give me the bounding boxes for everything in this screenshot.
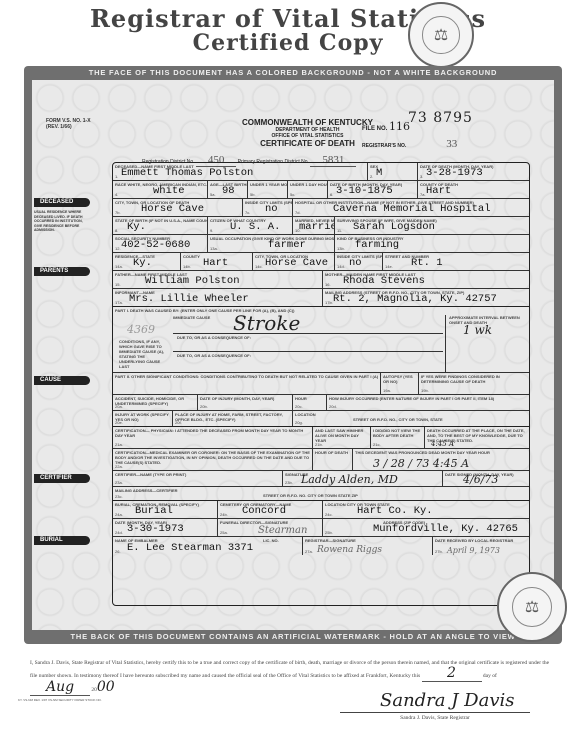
state-registrar-signature: Sandra J Davis (380, 690, 515, 711)
marital-status-value: married (299, 221, 335, 233)
cause-c-label: DUE TO, OR AS A CONSEQUENCE OF: (177, 353, 251, 358)
residence-city-field: CITY, TOWN, OR LOCATION 14c. Horse Cave (253, 253, 335, 270)
year-value: 00 (97, 679, 115, 695)
row-informant: INFORMANT—NAME 17a. Mrs. Lillie Wheeler … (113, 289, 529, 307)
funeral-address-field: ADDRESS (ZIP CODE) 25b. Munfordville, Ky… (323, 519, 531, 536)
residence-county-field: COUNTY 14b. Hart (181, 253, 253, 270)
file-no-field: FILE NO. 116 (362, 120, 410, 133)
item-number: 1. (115, 174, 118, 179)
label: CERTIFICATION—MEDICAL EXAMINER OR CORONE… (115, 450, 311, 465)
citizen-of-field: CITIZEN OF WHAT COUNTRY 9. U. S. A. (208, 217, 293, 234)
label: COUNTY (183, 254, 200, 259)
date-signed-field: DATE SIGNED (MONTH, DAY, YEAR) 4/6/73 (443, 471, 531, 486)
embalmer-field: NAME OF EMBALMER LIC. NO. 26. E. Lee Ste… (113, 537, 303, 555)
date-of-birth-field: DATE OF BIRTH (MONTH, DAY, YEAR) 6. 3-10… (328, 181, 418, 198)
item-number: 12. (115, 246, 121, 251)
label: HOUR OF DEATH (315, 450, 348, 455)
interval-column (445, 315, 446, 373)
label: PLACE OF INJURY AT HOME, FARM, STREET, F… (175, 412, 291, 422)
item-number: 3. (420, 174, 423, 179)
label: I DID/DID NOT VIEW THE BODY AFTER DEATH (373, 428, 423, 438)
day-field: 2 (422, 668, 482, 682)
registrar-no-label: REGISTRAR'S NO. (362, 143, 406, 149)
residence-street-value: Rt. 1 (411, 257, 443, 269)
item-number: 14b. (183, 264, 191, 269)
decedent-name-field: DECEASED—NAME FIRST MIDDLE LAST 1. Emmet… (113, 163, 368, 180)
registrar-title: Registrar of Vital Statistics (0, 4, 576, 33)
ssn-value: 402-52-0680 (121, 239, 190, 251)
lic-no-label: LIC. NO. (263, 538, 279, 543)
residence-state-field: RESIDENCE—STATE 14a. Ky. (113, 253, 181, 270)
row-disposition: BURIAL, CREMATION, REMOVAL (SPECIFY) 24a… (113, 501, 529, 519)
autopsy-field: AUTOPSY (YES OR NO) 19a. (381, 373, 419, 394)
state-registrar-title: Sandra J. Davis, State Registrar (340, 712, 530, 721)
mother-field: MOTHER—MAIDEN NAME FIRST MIDDLE LAST 16.… (323, 271, 531, 288)
certifier-address-label: MAILING ADDRESS—CERTIFIER (115, 488, 178, 493)
part2-field: PART II. OTHER SIGNIFICANT CONDITIONS: C… (113, 373, 381, 394)
disposition-value: Burial (135, 505, 173, 517)
cemetery-location-value: Hart Co. Ky. (357, 505, 433, 517)
business-value: farming (355, 239, 399, 251)
certificate-type: CERTIFICATE OF DEATH (242, 139, 373, 148)
death-hour-value: 4:45 A (431, 440, 454, 448)
informant-address-field: MAILING ADDRESS (STREET OR R.F.D. NO., C… (323, 289, 531, 306)
sex-field: SEX 2. M (368, 163, 418, 180)
item-number: 21b. (315, 442, 323, 447)
item-number: 25b. (325, 530, 333, 535)
kentucky-seal-icon: ⚖ (497, 572, 567, 642)
injury-date-field: DATE OF INJURY (MONTH, DAY, YEAR) 20b. (198, 395, 293, 410)
section-tab-certifier: CERTIFIER (34, 474, 90, 483)
item-number: 16. (325, 282, 331, 287)
item-number: 20b. (200, 404, 208, 409)
residence-city-value: Horse Cave (265, 257, 328, 269)
item-number: 27a. (305, 549, 313, 554)
certifier-address-sub-label: STREET OR R.F.D. NO. CITY OR TOWN STATE … (263, 493, 358, 498)
day-label: day of (483, 673, 497, 679)
date-received-value: April 9, 1973 (447, 546, 500, 555)
item-number: 20c. (295, 404, 303, 409)
item-number: 26. (115, 549, 121, 554)
race-value: white (153, 185, 185, 197)
item-number: 11. (337, 228, 342, 233)
row-embalmer: NAME OF EMBALMER LIC. NO. 26. E. Lee Ste… (113, 537, 529, 555)
cert-physician-field: CERTIFICATION— PHYSICIAN: I ATTENDED THE… (113, 427, 313, 448)
residence-street-field: STREET AND NUMBER 14e. Rt. 1 (383, 253, 531, 270)
pronounced-dead-field: THIS DECEDENT WAS PRONOUNCED DEAD MONTH … (353, 449, 531, 470)
label: CERTIFIER—NAME (TYPE OR PRINT) (115, 472, 186, 477)
item-number: 23c. (115, 494, 123, 499)
embalmer-value: E. Lee Stearman 3371 (127, 542, 253, 554)
burial-date-value: 3-30-1973 (127, 523, 184, 535)
burial-date-field: DATE (MONTH, DAY, YEAR) 24d. 3-30-1973 (113, 519, 218, 536)
date-received-field: DATE RECEIVED BY LOCAL REGISTRAR 27b. Ap… (433, 537, 531, 555)
sex-value: M (376, 167, 382, 179)
father-field: FATHER—NAME FIRST MIDDLE LAST 15. Willia… (113, 271, 323, 288)
item-number: 8. (115, 228, 118, 233)
label: ACCIDENT, SUICIDE, HOMICIDE, OR UNDETERM… (115, 396, 195, 406)
row-cause-part1: PART I. DEATH WAS CAUSED BY: (ENTER ONLY… (113, 307, 529, 373)
disposition-field: BURIAL, CREMATION, REMOVAL (SPECIFY) 24a… (113, 501, 218, 518)
cause-b-label: DUE TO, OR AS A CONSEQUENCE OF: (177, 335, 251, 340)
cause-a-interval-value: 1 wk (463, 323, 492, 337)
label: UNDER 1 YEAR MOS. DAYS (250, 182, 288, 187)
informant-value: Mrs. Lillie Wheeler (129, 293, 249, 305)
form-id: FORM V.S. NO. 1-X (REV. 1/66) (46, 118, 91, 130)
row-residence: RESIDENCE—STATE 14a. Ky. COUNTY 14b. Har… (113, 253, 529, 271)
citizen-of-value: U. S. A. (230, 221, 280, 233)
certificate-paper: FORM V.S. NO. 1-X (REV. 1/66) COMMONWEAL… (32, 80, 554, 630)
label: HOUR (295, 396, 307, 401)
row-name: DECEASED—NAME FIRST MIDDLE LAST 1. Emmet… (113, 163, 529, 181)
injury-location-field: LOCATION STREET OR R.F.D. NO., CITY OR T… (293, 411, 531, 426)
row-burial-date: DATE (MONTH, DAY, YEAR) 24d. 3-30-1973 F… (113, 519, 529, 537)
row-race-age: RACE WHITE, NEGRO, AMERICAN INDIAN, ETC.… (113, 181, 529, 199)
state-of-birth-field: STATE OF BIRTH (IF NOT IN U.S.A., NAME C… (113, 217, 208, 234)
item-number: 7d. (295, 210, 301, 215)
item-number: 5a. (210, 192, 216, 197)
label: HOW INJURY OCCURRED (ENTER NATURE OF INJ… (329, 396, 494, 401)
certifier-name-field: CERTIFIER—NAME (TYPE OR PRINT) 23a. (113, 471, 283, 486)
funeral-address-value: Munfordville, Ky. 42765 (373, 523, 518, 535)
conditions-note: CONDITIONS, IF ANY, WHICH GAVE RISE TO I… (119, 339, 165, 369)
accident-field: ACCIDENT, SUICIDE, HOMICIDE, OR UNDETERM… (113, 395, 198, 410)
label: DATE OF INJURY (MONTH, DAY, YEAR) (200, 396, 274, 401)
label: DATE RECEIVED BY LOCAL REGISTRAR (435, 538, 513, 543)
age-field: AGE—LAST BIRTHDAY (YEARS) 5a. 98 (208, 181, 248, 198)
business-field: KIND OF BUSINESS OR INDUSTRY 13b. farmin… (335, 235, 531, 252)
label: AND LAST SAW HIM/HER ALIVE ON MONTH DAY … (315, 428, 369, 443)
cert-examiner-field: CERTIFICATION—MEDICAL EXAMINER OR CORONE… (113, 449, 313, 470)
kentucky-seal-icon: ⚖ (408, 2, 474, 68)
item-number: 27b. (435, 549, 443, 554)
occupation-value: farmer (268, 239, 306, 251)
place-of-injury-field: PLACE OF INJURY AT HOME, FARM, STREET, F… (173, 411, 293, 426)
inside-city-limits-value: no (265, 203, 278, 215)
ssn-field: SOCIAL SECURITY NUMBER 12. 402-52-0680 (113, 235, 208, 252)
item-number: 5c. (290, 192, 295, 197)
certificate-frame: THE FACE OF THIS DOCUMENT HAS A COLORED … (24, 66, 562, 644)
item-number: 9. (210, 228, 213, 233)
date-signed-value: 4/6/73 (463, 473, 498, 486)
item-number: 4. (115, 192, 118, 197)
row-cert-physician: CERTIFICATION— PHYSICIAN: I ATTENDED THE… (113, 427, 529, 449)
cause-b-line (173, 351, 443, 352)
injury-at-work-field: INJURY AT WORK (SPECIFY YES OR NO) 20e. (113, 411, 173, 426)
hour-field: HOUR 20c. (293, 395, 327, 410)
item-number: 25a. (220, 530, 228, 535)
cemetery-location-field: LOCATION CITY OR TOWN STATE 24c. Hart Co… (323, 501, 531, 518)
age-value: 98 (222, 185, 235, 197)
funeral-director-signature: Stearman (258, 525, 307, 536)
item-number: 24d. (115, 530, 123, 535)
label: AUTOPSY (YES OR NO) (383, 374, 417, 384)
label: LOCATION (295, 412, 316, 417)
row-place-of-death: CITY, TOWN, OR LOCATION OF DEATH 7b. Hor… (113, 199, 529, 217)
label: PART II. OTHER SIGNIFICANT CONDITIONS: C… (115, 374, 378, 379)
label: REGISTRAR—SIGNATURE (305, 538, 356, 543)
section-tab-burial: BURIAL (34, 536, 90, 545)
stock-number: KY. VS-NM REV. 1/97 VS-NM SECURITY PAPER… (18, 698, 102, 702)
registrar-no-field: REGISTRAR'S NO.33 (362, 138, 457, 150)
cause-code: 4369 (127, 323, 155, 336)
informant-field: INFORMANT—NAME 17a. Mrs. Lillie Wheeler (113, 289, 323, 306)
month-value: Aug (46, 679, 74, 695)
last-saw-field: AND LAST SAW HIM/HER ALIVE ON MONTH DAY … (313, 427, 371, 448)
item-number: 23b. (285, 480, 293, 485)
label: INJURY AT WORK (SPECIFY YES OR NO) (115, 412, 171, 422)
row-parents: FATHER—NAME FIRST MIDDLE LAST 15. Willia… (113, 271, 529, 289)
occupation-field: USUAL OCCUPATION (GIVE KIND OF WORK DONE… (208, 235, 335, 252)
label: IF YES WERE FINDINGS CONSIDERED IN DETER… (421, 374, 521, 384)
funeral-director-field: FUNERAL DIRECTOR—SIGNATURE 25a. Stearman (218, 519, 323, 536)
how-injury-field: HOW INJURY OCCURRED (ENTER NATURE OF INJ… (327, 395, 531, 410)
county-of-death-value: Hart (426, 185, 451, 197)
section-tab-cause: CAUSE (34, 376, 90, 385)
death-occurred-field: DEATH OCCURRED AT THE PLACE, ON THE DATE… (425, 427, 531, 448)
date-of-death-field: DATE OF DEATH (MONTH, DAY, YEAR) 3. 3-28… (418, 163, 531, 180)
item-number: 20a. (115, 404, 123, 409)
cemetery-value: Concord (242, 505, 286, 517)
day-value: 2 (447, 665, 456, 681)
item-number: 6. (330, 192, 333, 197)
file-no-label: FILE NO. (362, 126, 387, 132)
section-tab-parents: PARENTS (34, 267, 90, 276)
surviving-spouse-field: SURVIVING SPOUSE (IF WIFE, GIVE MAIDEN N… (335, 217, 531, 234)
item-number: 19b. (421, 388, 429, 393)
row-certifier: CERTIFIER—NAME (TYPE OR PRINT) 23a. SIGN… (113, 471, 529, 487)
item-number: 17a. (115, 300, 123, 305)
item-number: 2. (370, 174, 373, 179)
label: UNDER 1 DAY HOURS MIN. (290, 182, 328, 187)
state-of-birth-value: Ky. (127, 221, 146, 233)
date-of-birth-value: 3-10-1875 (336, 185, 393, 197)
date-of-death-value: 3-28-1973 (426, 167, 483, 179)
row-birth-citizen: STATE OF BIRTH (IF NOT IN U.S.A., NAME C… (113, 217, 529, 235)
cemetery-field: CEMETERY OR CREMATORY—NAME 24b. Concord (218, 501, 323, 518)
surviving-spouse-value: Sarah Logsdon (353, 221, 435, 233)
item-number: 5b. (250, 192, 256, 197)
item-number: 24b. (220, 512, 228, 517)
item-number: 20d. (329, 404, 337, 409)
hospital-value: Caverna Memorial Hospital (333, 203, 491, 215)
item-number: 17b. (325, 300, 333, 305)
label: THIS DECEDENT WAS PRONOUNCED DEAD MONTH … (355, 450, 490, 455)
row-cause-part2: PART II. OTHER SIGNIFICANT CONDITIONS: C… (113, 373, 529, 395)
item-number: 21a. (115, 442, 123, 447)
row-accident: ACCIDENT, SUICIDE, HOMICIDE, OR UNDETERM… (113, 395, 529, 411)
colored-background-banner: THE FACE OF THIS DOCUMENT HAS A COLORED … (24, 67, 562, 79)
item-number: 7c. (245, 210, 250, 215)
label: CERTIFICATION— PHYSICIAN: I ATTENDED THE… (115, 428, 305, 438)
watermark-banner: THE BACK OF THIS DOCUMENT CONTAINS AN AR… (24, 631, 562, 643)
month-field: Aug (30, 682, 90, 696)
registrar-signature-field: REGISTRAR—SIGNATURE 27a. Rowena Riggs (303, 537, 433, 555)
registrar-signature-value: Rowena Riggs (317, 545, 382, 555)
city-of-death-field: CITY, TOWN, OR LOCATION OF DEATH 7b. Hor… (113, 199, 243, 216)
item-number: 13a. (210, 246, 218, 251)
father-value: William Polston (145, 275, 240, 287)
row-cert-examiner: CERTIFICATION—MEDICAL EXAMINER OR CORONE… (113, 449, 529, 471)
item-number: 7a. (420, 192, 426, 197)
inside-city-limits-field: INSIDE CITY LIMITS (SPECIFY YES OR NO) 7… (243, 199, 293, 216)
item-number: 24c. (325, 512, 333, 517)
section-tab-deceased: DECEASED (34, 198, 90, 207)
residence-note: USUAL RESIDENCE WHERE DECEASED LIVED. IF… (34, 210, 90, 233)
certifier-signature-field: SIGNATURE 23b. Laddy Alden, MD (283, 471, 443, 486)
death-certificate-form: DECEASED—NAME FIRST MIDDLE LAST 1. Emmet… (112, 162, 530, 606)
residence-county-value: Hart (203, 257, 228, 269)
row-injury-place: INJURY AT WORK (SPECIFY YES OR NO) 20e. … (113, 411, 529, 427)
state-file-number: 73 8795 (408, 110, 473, 126)
county-of-death-field: COUNTY OF DEATH 7a. Hart (418, 181, 531, 198)
row-certifier-address: MAILING ADDRESS—CERTIFIER 23c. STREET OR… (113, 487, 529, 501)
item-number: 23a. (115, 480, 123, 485)
certified-copy-title: Certified Copy (0, 30, 576, 56)
item-number: 14c. (255, 264, 263, 269)
item-number: 24a. (115, 512, 123, 517)
item-number: 20f. (175, 420, 182, 425)
city-of-death-value: Horse Cave (141, 203, 204, 215)
marital-status-field: MARRIED, NEVER MARRIED, WIDOWED, DIVORCE… (293, 217, 335, 234)
item-number: 20g. (295, 420, 303, 425)
item-number: 19a. (383, 388, 391, 393)
mother-value: Rhoda Stevens (343, 275, 425, 287)
row-occupation: SOCIAL SECURITY NUMBER 12. 402-52-0680 U… (113, 235, 529, 253)
residence-state-value: Ky. (133, 257, 152, 269)
decedent-name-value: Emmett Thomas Polston (121, 167, 253, 179)
cause-a-value: Stroke (233, 311, 300, 335)
location-sub-label: STREET OR R.F.D. NO., CITY OR TOWN, STAT… (353, 417, 443, 422)
hour-of-death-field: HOUR OF DEATH (313, 449, 353, 470)
item-number: 21c. (373, 442, 381, 447)
item-number: 14e. (385, 264, 393, 269)
informant-address-value: Rt. 2, Magnolia, Ky. 42757 (333, 293, 497, 305)
residence-inside-city-field: INSIDE CITY LIMITS (SPECIFY YES OR NO) 1… (335, 253, 383, 270)
agency-heading: COMMONWEALTH OF KENTUCKY DEPARTMENT OF H… (242, 118, 373, 148)
registrar-no-value: 33 (446, 138, 457, 150)
item-number: 7b. (115, 210, 121, 215)
agency-state: COMMONWEALTH OF KENTUCKY (242, 118, 373, 127)
file-no-value: 116 (389, 120, 410, 133)
certifier-signature-value: Laddy Alden, MD (301, 473, 398, 486)
residence-inside-city-value: no (349, 257, 362, 269)
viewed-body-field: I DID/DID NOT VIEW THE BODY AFTER DEATH … (371, 427, 425, 448)
race-field: RACE WHITE, NEGRO, AMERICAN INDIAN, ETC.… (113, 181, 208, 198)
pronounced-value: 3 / 28 / 73 4:45 A (373, 457, 469, 470)
item-number: 14d. (337, 264, 345, 269)
item-number: 20e. (115, 420, 123, 425)
item-number: 13b. (337, 246, 345, 251)
autopsy-findings-field: IF YES WERE FINDINGS CONSIDERED IN DETER… (419, 373, 531, 394)
item-number: 15. (115, 282, 121, 287)
form-revision: (REV. 1/66) (46, 124, 91, 130)
item-number: 14a. (115, 264, 123, 269)
under-1-year-field: UNDER 1 YEAR MOS. DAYS 5b. (248, 181, 288, 198)
item-number: 22a. (115, 464, 123, 469)
cause-a-line (173, 333, 443, 334)
hospital-field: HOSPITAL OR OTHER INSTITUTION—NAME (IF N… (293, 199, 531, 216)
immediate-cause-label: IMMEDIATE CAUSE (173, 315, 210, 320)
under-1-day-field: UNDER 1 DAY HOURS MIN. 5c. (288, 181, 328, 198)
